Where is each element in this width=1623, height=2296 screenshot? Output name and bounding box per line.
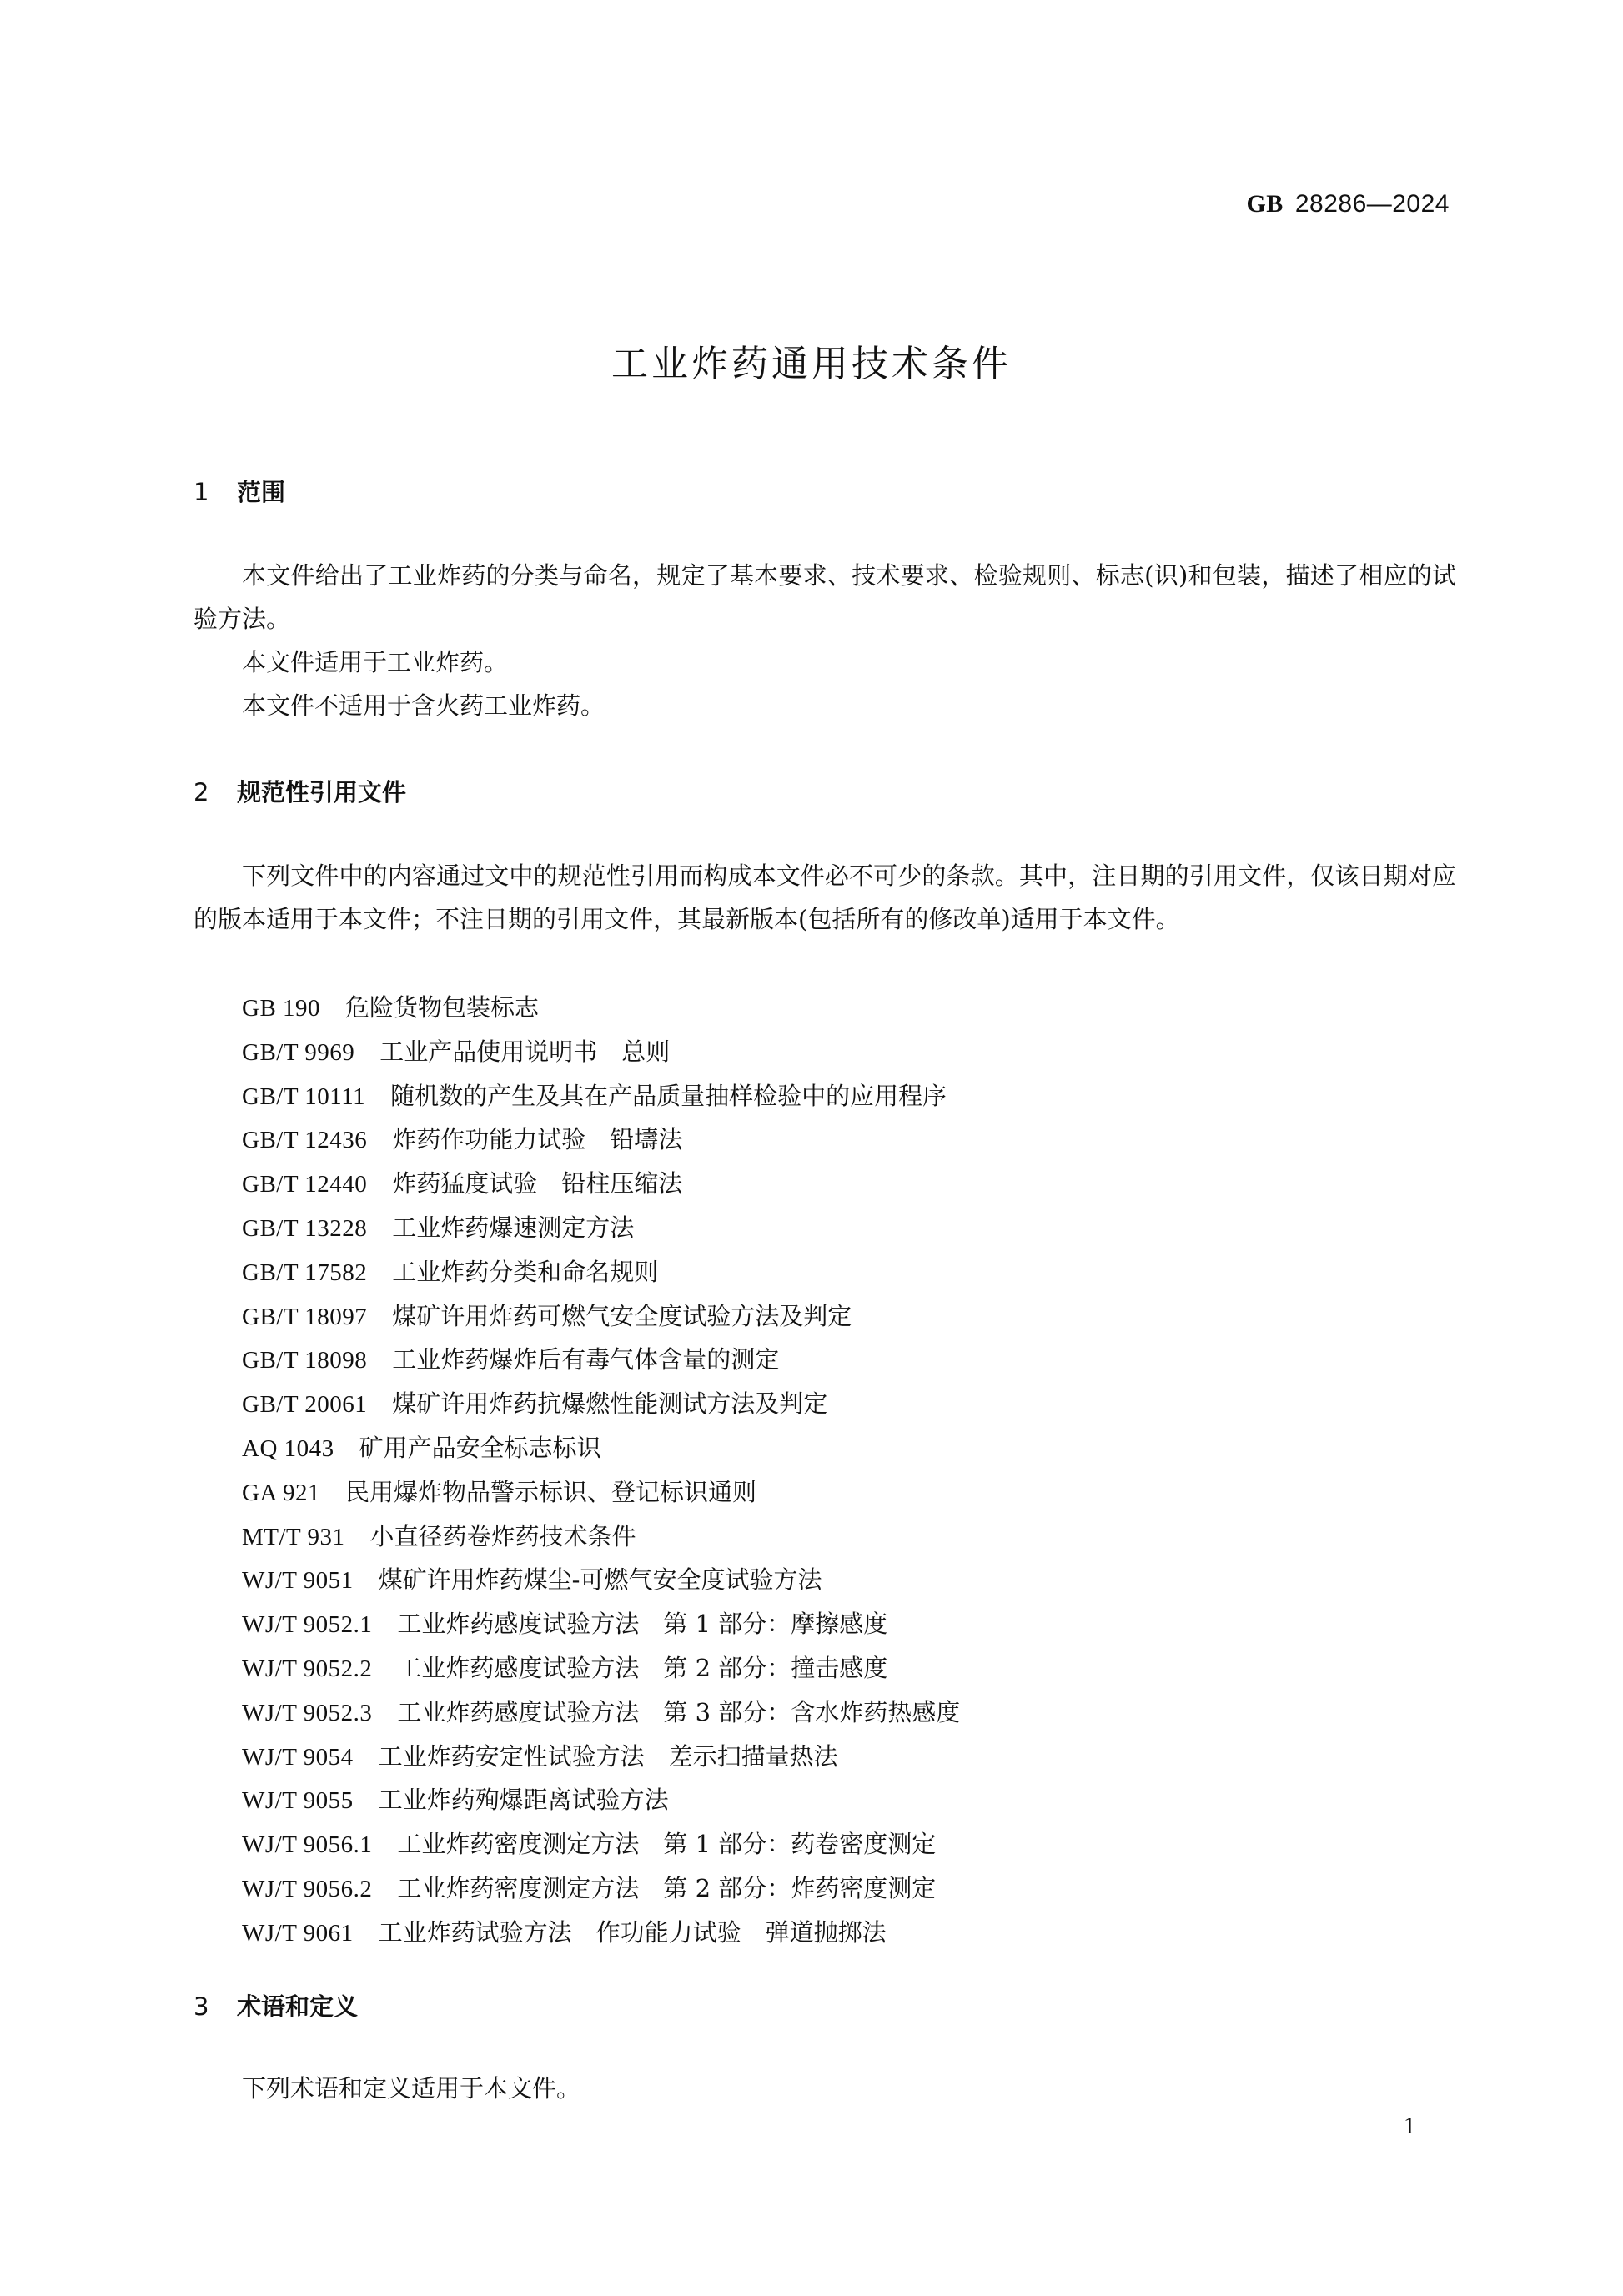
reference-code: WJ/T 9056.1 [242,1831,372,1858]
reference-code: GA 921 [242,1480,320,1506]
reference-item: GB/T 13228工业炸药爆速测定方法 [242,1207,960,1251]
reference-title: 民用爆炸物品警示标识、登记标识通则 [345,1478,756,1506]
reference-code: GB/T 18098 [242,1347,367,1374]
reference-item: GB 190危险货物包装标志 [242,987,960,1031]
reference-code: GB/T 18097 [242,1304,367,1330]
reference-item: GB/T 10111随机数的产生及其在产品质量抽样检验中的应用程序 [242,1075,960,1119]
paragraph: 本文件给出了工业炸药的分类与命名，规定了基本要求、技术要求、检验规则、标志(识)… [193,554,1456,641]
reference-code: WJ/T 9061 [242,1920,354,1947]
reference-title: 工业炸药密度测定方法 第 2 部分：炸药密度测定 [397,1874,936,1902]
reference-code: GB/T 12436 [242,1127,367,1153]
reference-title: 炸药猛度试验 铅柱压缩法 [392,1169,682,1198]
reference-item: GB/T 18098工业炸药爆炸后有毒气体含量的测定 [242,1339,960,1383]
reference-title: 工业炸药试验方法 作功能力试验 弹道抛掷法 [379,1918,887,1947]
paragraph: 下列术语和定义适用于本文件。 [193,2067,1456,2110]
reference-title: 工业炸药爆炸后有毒气体含量的测定 [392,1345,779,1374]
reference-code: GB 190 [242,995,320,1022]
reference-code: WJ/T 9056.2 [242,1876,372,1902]
document-title: 工业炸药通用技术条件 [0,334,1623,387]
reference-code: GB/T 20061 [242,1391,367,1418]
reference-item: WJ/T 9054工业炸药安定性试验方法 差示扫描量热法 [242,1736,960,1780]
reference-title: 危险货物包装标志 [345,993,539,1022]
section-title: 范围 [237,478,285,506]
reference-code: WJ/T 9051 [242,1567,354,1594]
reference-title: 煤矿许用炸药抗爆燃性能测试方法及判定 [392,1389,827,1418]
reference-item: WJ/T 9051煤矿许用炸药煤尘-可燃气安全度试验方法 [242,1559,960,1603]
reference-item: WJ/T 9052.1工业炸药感度试验方法 第 1 部分：摩擦感度 [242,1603,960,1647]
section-title: 规范性引用文件 [237,778,406,806]
reference-title: 随机数的产生及其在产品质量抽样检验中的应用程序 [390,1082,947,1110]
reference-title: 工业炸药安定性试验方法 差示扫描量热法 [379,1742,838,1771]
reference-title: 小直径药卷炸药技术条件 [370,1522,636,1550]
reference-title: 工业炸药分类和命名规则 [392,1258,658,1286]
paragraph: 本文件适用于工业炸药。 [193,641,1456,684]
reference-title: 工业炸药感度试验方法 第 2 部分：撞击感度 [397,1654,887,1682]
reference-item: GB/T 18097煤矿许用炸药可燃气安全度试验方法及判定 [242,1295,960,1339]
reference-item: WJ/T 9052.2工业炸药感度试验方法 第 2 部分：撞击感度 [242,1647,960,1691]
section-heading-3: 3术语和定义 [193,1988,358,2022]
reference-item: WJ/T 9061工业炸药试验方法 作功能力试验 弹道抛掷法 [242,1912,960,1956]
reference-item: WJ/T 9056.1工业炸药密度测定方法 第 1 部分：药卷密度测定 [242,1823,960,1867]
reference-title: 工业炸药感度试验方法 第 1 部分：摩擦感度 [397,1610,887,1638]
section-heading-1: 1范围 [193,474,285,508]
reference-item: GB/T 12436炸药作功能力试验 铅壔法 [242,1118,960,1163]
reference-item: WJ/T 9055工业炸药殉爆距离试验方法 [242,1779,960,1823]
reference-item: WJ/T 9052.3工业炸药感度试验方法 第 3 部分：含水炸药热感度 [242,1691,960,1736]
reference-title: 工业炸药殉爆距离试验方法 [379,1786,669,1814]
reference-code: GB/T 9969 [242,1039,354,1066]
reference-item: GB/T 12440炸药猛度试验 铅柱压缩法 [242,1163,960,1207]
standard-prefix: GB [1246,190,1283,218]
section-heading-2: 2规范性引用文件 [193,774,406,808]
reference-item: AQ 1043矿用产品安全标志标识 [242,1427,960,1471]
standard-code: GB28286—2024 [1246,190,1450,219]
section-title: 术语和定义 [237,1992,358,2021]
section-number: 3 [193,1992,237,2021]
reference-item: GA 921民用爆炸物品警示标识、登记标识通则 [242,1471,960,1515]
section-number: 2 [193,778,237,806]
reference-title: 炸药作功能力试验 铅壔法 [392,1125,682,1153]
reference-item: WJ/T 9056.2工业炸药密度测定方法 第 2 部分：炸药密度测定 [242,1867,960,1912]
reference-code: GB/T 13228 [242,1215,367,1242]
reference-title: 工业炸药爆速测定方法 [392,1213,634,1242]
reference-title: 工业炸药感度试验方法 第 3 部分：含水炸药热感度 [397,1698,960,1726]
reference-item: GB/T 17582工业炸药分类和命名规则 [242,1251,960,1295]
reference-code: WJ/T 9055 [242,1787,354,1814]
reference-code: WJ/T 9052.3 [242,1700,372,1726]
reference-code: GB/T 10111 [242,1083,365,1110]
reference-code: MT/T 931 [242,1524,345,1550]
reference-code: GB/T 12440 [242,1171,367,1198]
reference-item: GB/T 9969工业产品使用说明书 总则 [242,1031,960,1075]
reference-item: MT/T 931小直径药卷炸药技术条件 [242,1515,960,1560]
paragraph: 下列文件中的内容通过文中的规范性引用而构成本文件必不可少的条款。其中，注日期的引… [193,854,1456,941]
paragraph: 本文件不适用于含火药工业炸药。 [193,684,1456,727]
page-number: 1 [1404,2113,1415,2140]
reference-code: WJ/T 9052.2 [242,1655,372,1682]
reference-title: 工业产品使用说明书 总则 [379,1037,670,1066]
reference-title: 煤矿许用炸药煤尘-可燃气安全度试验方法 [379,1565,822,1594]
reference-title: 矿用产品安全标志标识 [359,1434,601,1462]
reference-code: WJ/T 9052.1 [242,1611,372,1638]
standard-number: 28286—2024 [1295,190,1450,218]
reference-code: AQ 1043 [242,1435,334,1462]
normative-reference-list: GB 190危险货物包装标志 GB/T 9969工业产品使用说明书 总则 GB/… [242,987,960,1956]
section-number: 1 [193,478,237,506]
reference-title: 工业炸药密度测定方法 第 1 部分：药卷密度测定 [397,1830,936,1858]
reference-code: WJ/T 9054 [242,1744,354,1771]
reference-code: GB/T 17582 [242,1259,367,1286]
reference-item: GB/T 20061煤矿许用炸药抗爆燃性能测试方法及判定 [242,1383,960,1427]
reference-title: 煤矿许用炸药可燃气安全度试验方法及判定 [392,1302,852,1330]
